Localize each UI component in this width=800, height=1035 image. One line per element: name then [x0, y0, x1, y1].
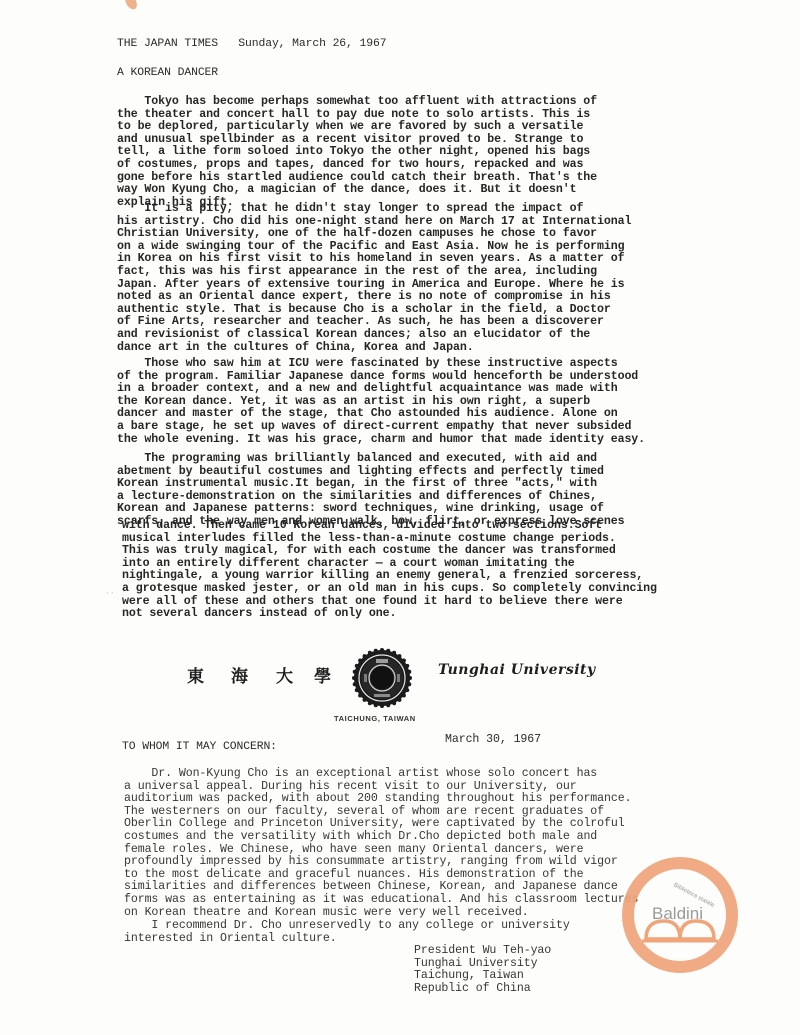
letterhead-chinese-char-4: 學 — [314, 662, 331, 687]
letter-signature-block: President Wu Teh-yaoTunghai UniversityTa… — [414, 945, 551, 995]
signature-line-country: Republic of China — [414, 983, 551, 996]
signature-line-city: Taichung, Taiwan — [414, 970, 551, 983]
letterhead-chinese-char-3: 大 — [276, 662, 293, 687]
corner-stain — [123, 0, 140, 11]
clipping-headline: A KOREAN DANCER — [117, 67, 218, 80]
clipping-paragraph-1: Tokyo has become perhaps somewhat too af… — [117, 96, 597, 209]
letterhead: 東 海 大 學 Tunghai University — [0, 640, 800, 700]
letter-date: March 30, 1967 — [445, 734, 541, 747]
clipping-paragraph-4-continued: with dance. Then came 10 Korean dances, … — [122, 520, 657, 621]
scan-speck: ·· — [105, 589, 115, 598]
clipping-paragraph-2: It is a pity, that he didn't stay longer… — [117, 203, 631, 354]
letter-paragraph-1: Dr. Won-Kyung Cho is an exceptional arti… — [124, 768, 638, 919]
letter-paragraph-2: I recommend Dr. Cho unreservedly to any … — [124, 920, 570, 945]
letter-salutation: TO WHOM IT MAY CONCERN: — [122, 741, 277, 754]
publication-date: Sunday, March 26, 1967 — [238, 38, 386, 50]
publication-name: THE JAPAN TIMES — [117, 38, 218, 50]
letterhead-university-name: Tunghai University — [438, 662, 596, 678]
letterhead-city: TAICHUNG, TAIWAN — [334, 714, 416, 723]
letterhead-chinese-char-1: 東 — [187, 662, 204, 687]
university-seal-icon — [352, 648, 412, 708]
signature-line-name: President Wu Teh-yao — [414, 945, 551, 958]
clipping-header: THE JAPAN TIMES Sunday, March 26, 1967 — [117, 38, 386, 51]
scanned-document-page: THE JAPAN TIMES Sunday, March 26, 1967 A… — [0, 0, 800, 1035]
letterhead-chinese-char-2: 海 — [231, 662, 248, 687]
library-stamp-icon: Biblioteca statale Baldini — [620, 855, 740, 975]
clipping-paragraph-3: Those who saw him at ICU were fascinated… — [117, 358, 645, 446]
clipping-paragraph-4: The programing was brilliantly balanced … — [117, 453, 624, 529]
